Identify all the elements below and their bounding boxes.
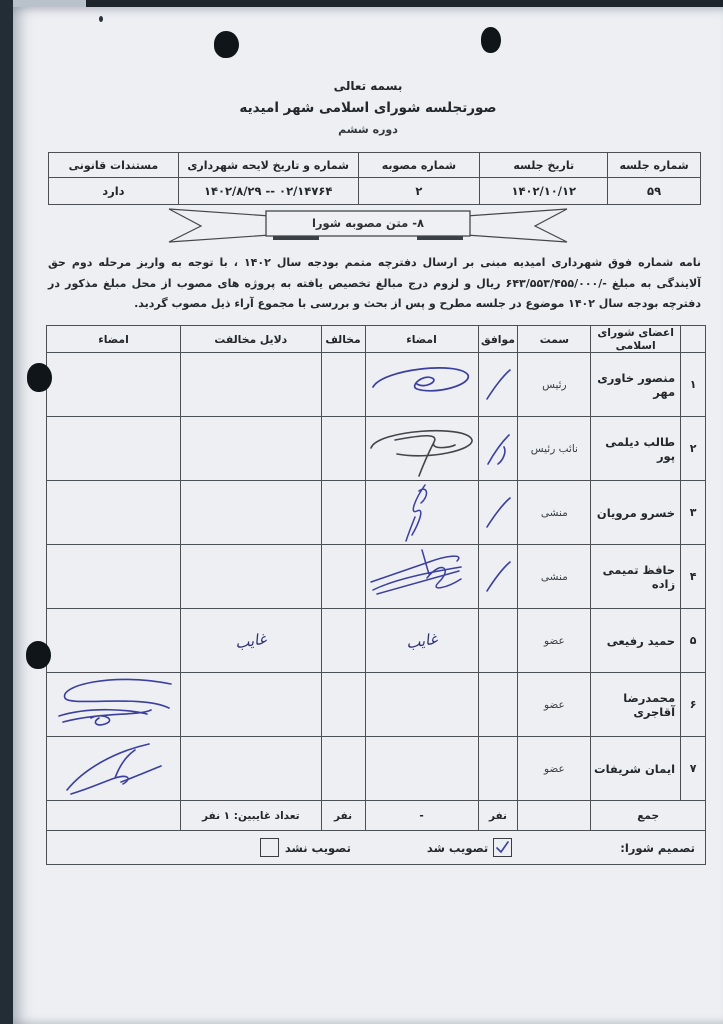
decision-label: تصمیم شورا: [620, 841, 705, 855]
agree-mark-icon [484, 495, 512, 531]
approved-label: تصویب شد [427, 841, 488, 855]
resolution-number-header: شماره مصوبه [358, 153, 480, 178]
signature2-cell [47, 545, 181, 609]
bill-number-date-header: شماره و تاریخ لایحه شهرداری [178, 153, 358, 178]
member-number: ۳ [681, 481, 706, 545]
signature-header: امضاء [365, 326, 478, 353]
absent-note: غایب [405, 630, 439, 653]
member-position: عضو [518, 673, 591, 737]
summary-agree-count: نفر [478, 801, 518, 831]
member-number: ۴ [681, 545, 706, 609]
reasons-header: دلایل مخالفت [181, 326, 322, 353]
scan-edge-left [0, 0, 13, 1024]
hole-punch-dot [26, 641, 51, 669]
signature2-cell [47, 353, 181, 417]
scan-speck [99, 16, 103, 22]
session-date-header: تاریخ جلسه [480, 153, 608, 178]
agree-cell [478, 673, 518, 737]
against-cell [321, 609, 365, 673]
against-cell [321, 353, 365, 417]
summary-against-count: نفر [321, 801, 365, 831]
member-row: ۳ خسرو مرویان منشی [47, 481, 706, 545]
approved-checkbox [493, 838, 512, 857]
scanned-document-page: بسمه تعالی صورتجلسه شورای اسلامی شهر امی… [13, 7, 723, 1024]
member-row: ۲ طالب دیلمی پور نائب رئیس [47, 417, 706, 481]
signature-cell [365, 481, 478, 545]
session-date-value: ۱۴۰۲/۱۰/۱۲ [480, 178, 608, 205]
member-number: ۶ [681, 673, 706, 737]
against-header: مخالف [321, 326, 365, 353]
agree-mark-icon [484, 559, 512, 595]
ribbon-banner: ۸- متن مصوبه شورا [13, 205, 723, 249]
page-title: صورتجلسه شورای اسلامی شهر امیدیه [13, 100, 723, 116]
member-name: حافظ تمیمی زاده [591, 545, 681, 609]
reasons-cell [181, 417, 322, 481]
signature2-cell [47, 737, 181, 801]
vote-table: اعضای شورای اسلامی سمت موافق امضاء مخالف… [46, 325, 706, 865]
not-approved-checkbox [260, 838, 279, 857]
signature-cell [365, 353, 478, 417]
against-cell [321, 673, 365, 737]
session-info-table: شماره جلسه تاریخ جلسه شماره مصوبه شماره … [48, 152, 701, 205]
agree-cell [478, 545, 518, 609]
member-row: ۵ حمید رفیعی عضو غایب غایب [47, 609, 706, 673]
signature-scribble [367, 357, 477, 413]
signature-scribble [367, 548, 477, 606]
against-cell [321, 417, 365, 481]
reasons-cell [181, 481, 322, 545]
signature2-cell [47, 417, 181, 481]
member-name: حمید رفیعی [591, 609, 681, 673]
reasons-cell [181, 737, 322, 801]
position-header: سمت [518, 326, 591, 353]
document-header: بسمه تعالی صورتجلسه شورای اسلامی شهر امی… [13, 79, 723, 136]
reasons-cell [181, 545, 322, 609]
resolution-paragraph: نامه شماره فوق شهرداری امیدیه مبنی بر ار… [48, 253, 701, 315]
agree-mark-icon [484, 367, 512, 403]
member-name: طالب دیلمی پور [591, 417, 681, 481]
signature-scribble [49, 676, 179, 734]
agree-mark-icon [484, 431, 512, 467]
hole-punch-dot [27, 363, 52, 392]
summary-signature-cell: - [365, 801, 478, 831]
member-name: محمدرضا آقاجری [591, 673, 681, 737]
hole-punch-dot [214, 31, 239, 58]
agree-cell [478, 353, 518, 417]
signature2-cell [47, 481, 181, 545]
summary-total-label: جمع [591, 801, 706, 831]
row-number-header [681, 326, 706, 353]
agree-cell [478, 481, 518, 545]
legal-docs-header: مستندات قانونی [49, 153, 179, 178]
member-row: ۶ محمدرضا آقاجری عضو [47, 673, 706, 737]
against-cell [321, 737, 365, 801]
summary-absentees: تعداد غایبین: ۱ نفر [181, 801, 322, 831]
summary-signature2-cell [47, 801, 181, 831]
member-row: ۷ ایمان شریفات عضو [47, 737, 706, 801]
member-number: ۷ [681, 737, 706, 801]
decision-row: تصمیم شورا: تصویب شد تصویب نشد [47, 831, 706, 865]
signature-cell [365, 673, 478, 737]
signature-cell: غایب [365, 609, 478, 673]
signature2-cell [47, 673, 181, 737]
signature-cell [365, 545, 478, 609]
member-position: رئیس [518, 353, 591, 417]
agree-header: موافق [478, 326, 518, 353]
member-name: منصور خاوری مهر [591, 353, 681, 417]
against-cell [321, 545, 365, 609]
hole-punch-dot [481, 27, 501, 53]
resolution-number-value: ۲ [358, 178, 480, 205]
reasons-cell: غایب [181, 609, 322, 673]
member-number: ۲ [681, 417, 706, 481]
signature-scribble [367, 420, 477, 478]
bill-number-date-value: ۰۲/۱۴۷۶۴ -- ۱۴۰۲/۸/۲۹ [178, 178, 358, 205]
member-position: عضو [518, 609, 591, 673]
session-number-header: شماره جلسه [608, 153, 701, 178]
reasons-cell [181, 353, 322, 417]
banner-label: ۸- متن مصوبه شورا [268, 211, 468, 235]
absent-note: غایب [234, 630, 268, 653]
signature-scribble [367, 483, 477, 543]
summary-row: جمع نفر - نفر تعداد غایبین: ۱ نفر [47, 801, 706, 831]
member-position: عضو [518, 737, 591, 801]
signature2-header: امضاء [47, 326, 181, 353]
signature2-cell [47, 609, 181, 673]
member-position: منشی [518, 481, 591, 545]
member-position: نائب رئیس [518, 417, 591, 481]
members-header: اعضای شورای اسلامی [591, 326, 681, 353]
bismillah-text: بسمه تعالی [13, 79, 723, 93]
signature-cell [365, 417, 478, 481]
signature-cell [365, 737, 478, 801]
member-number: ۱ [681, 353, 706, 417]
member-name: خسرو مرویان [591, 481, 681, 545]
not-approved-label: تصویب نشد [285, 841, 351, 855]
legal-docs-value: دارد [49, 178, 179, 205]
agree-cell [478, 609, 518, 673]
agree-cell [478, 737, 518, 801]
member-position: منشی [518, 545, 591, 609]
signature-scribble [49, 740, 179, 798]
member-number: ۵ [681, 609, 706, 673]
reasons-cell [181, 673, 322, 737]
vote-table-header-row: اعضای شورای اسلامی سمت موافق امضاء مخالف… [47, 326, 706, 353]
term-label: دوره ششم [13, 123, 723, 136]
scan-edge-top [86, 0, 723, 7]
check-icon [495, 840, 510, 855]
agree-cell [478, 417, 518, 481]
member-name: ایمان شریفات [591, 737, 681, 801]
member-row: ۱ منصور خاوری مهر رئیس [47, 353, 706, 417]
against-cell [321, 481, 365, 545]
summary-position-cell [518, 801, 591, 831]
member-row: ۴ حافظ تمیمی زاده منشی [47, 545, 706, 609]
session-number-value: ۵۹ [608, 178, 701, 205]
